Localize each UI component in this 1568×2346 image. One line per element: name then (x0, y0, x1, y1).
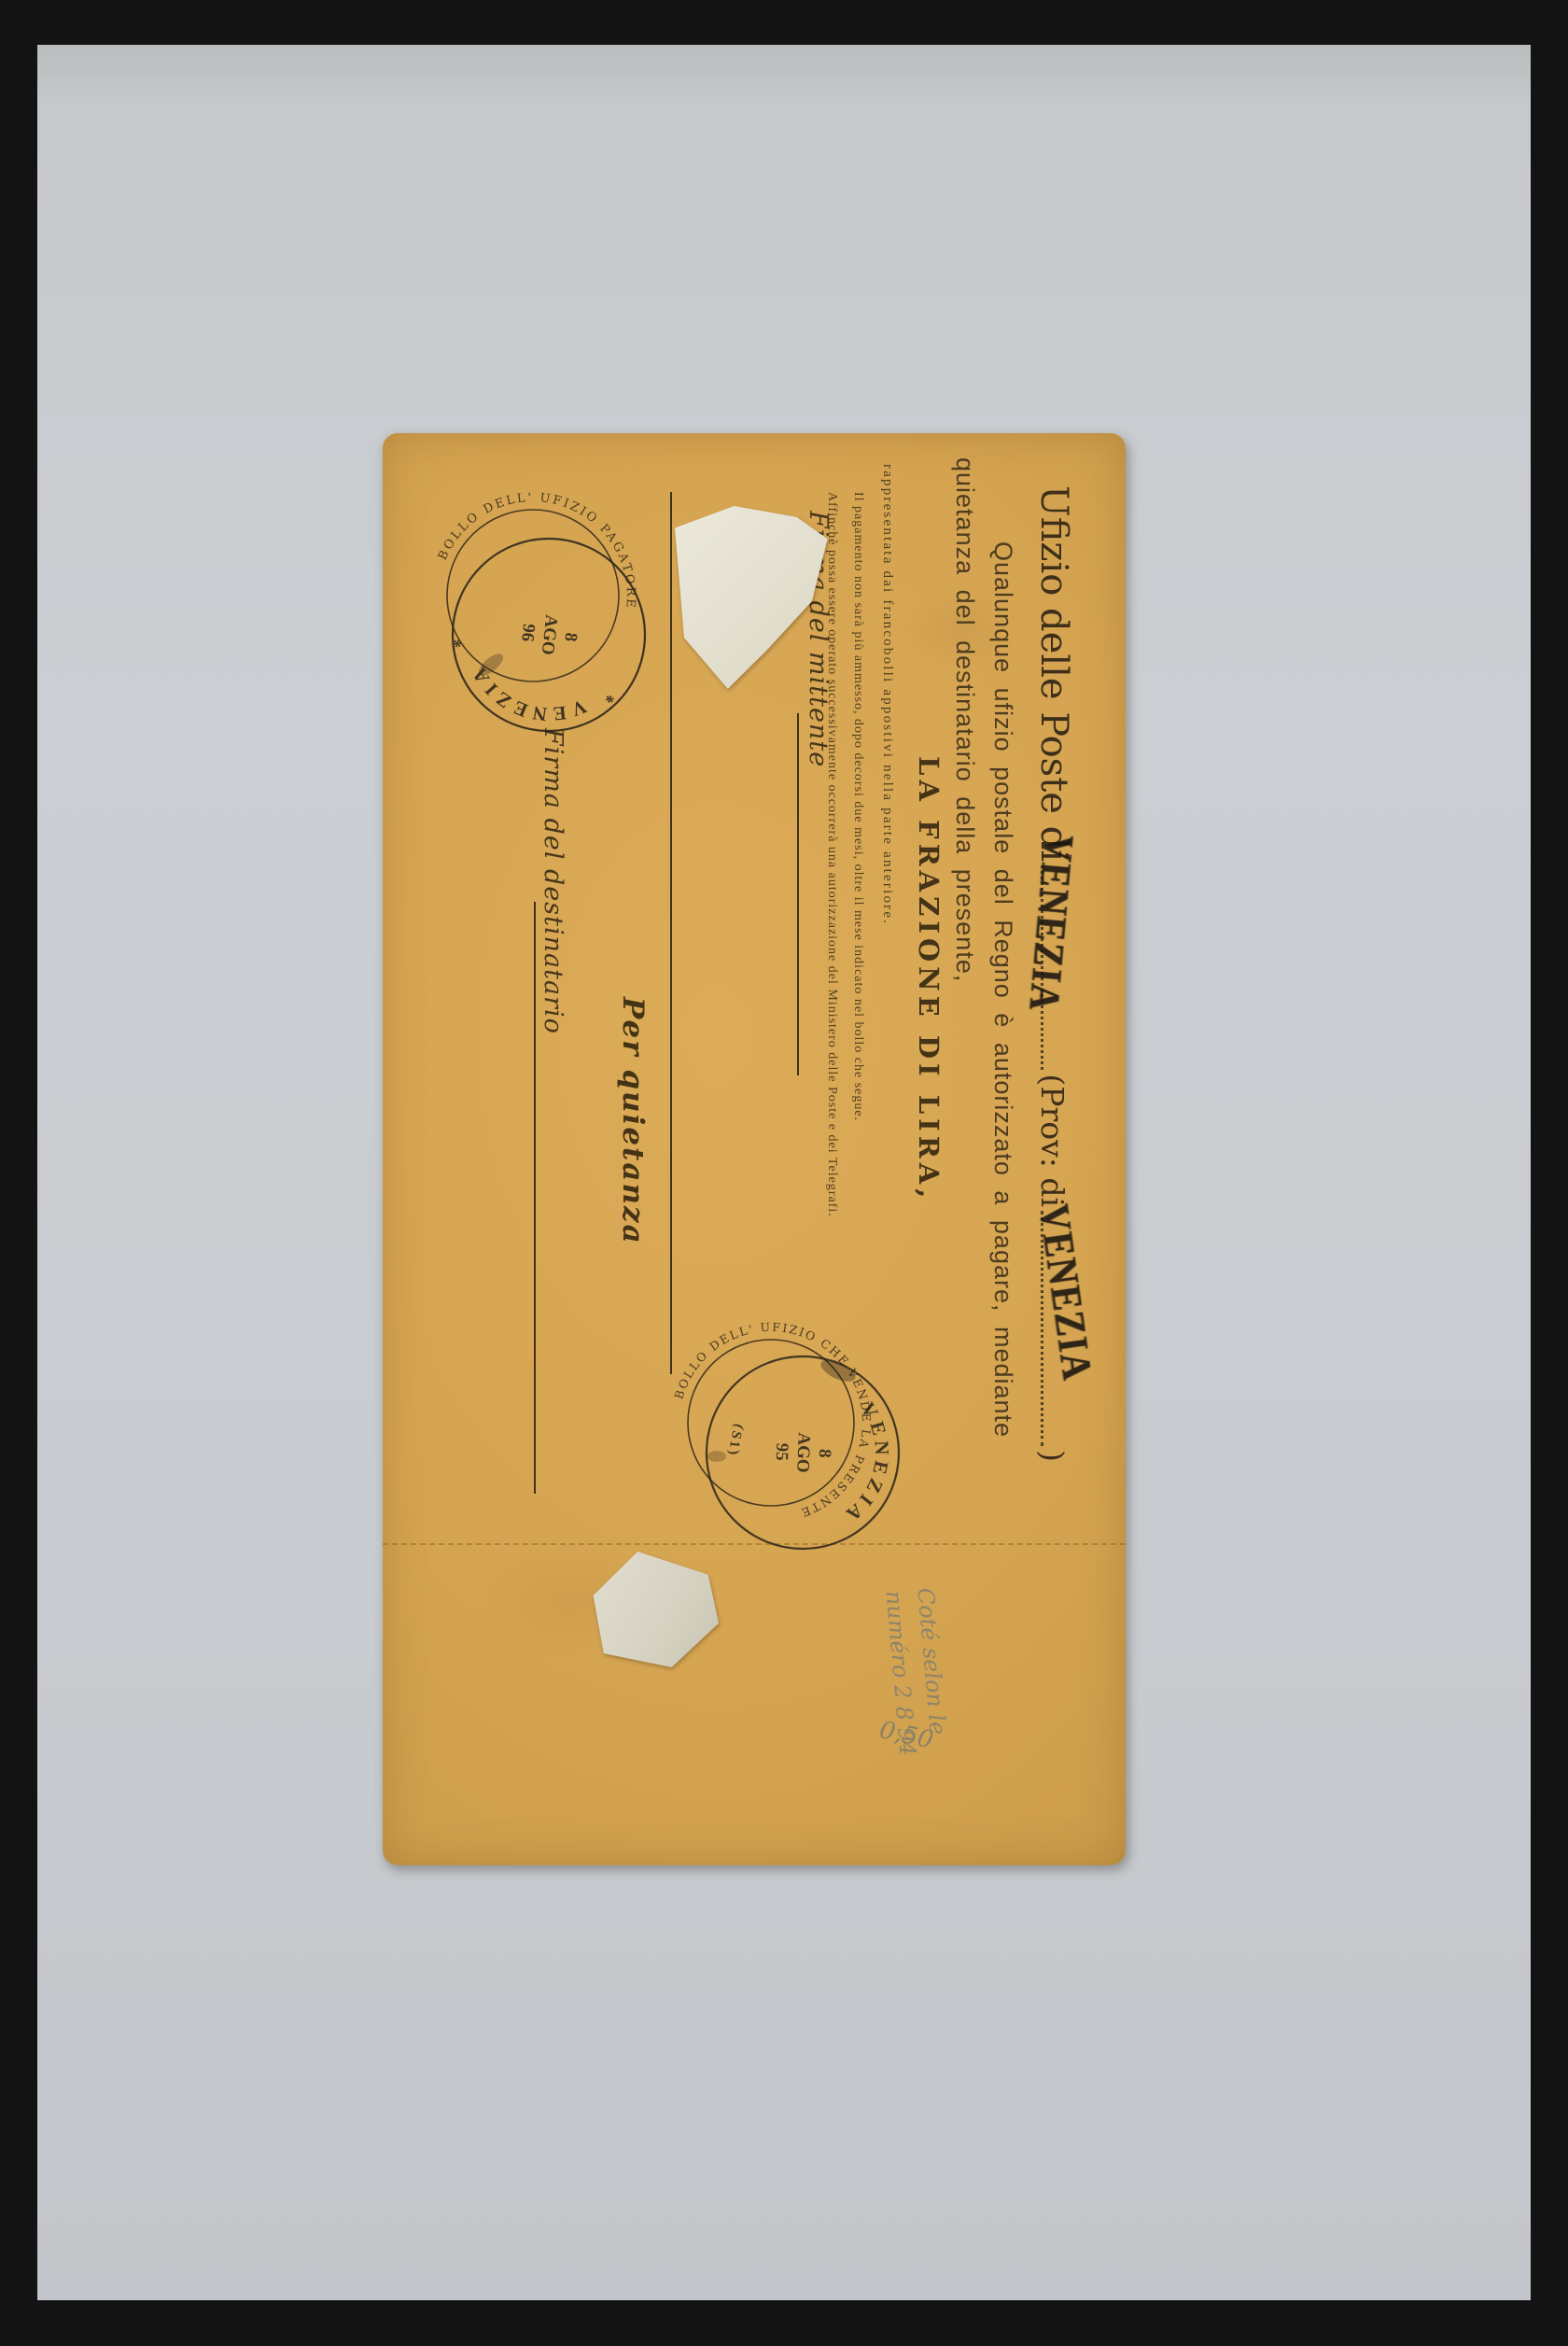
postal-form-card: Ufizio delle Poste di (Prov: di ) VENEZI… (383, 433, 1126, 1865)
ink-smudge-2 (707, 1451, 726, 1462)
cancel-suffix-arc: (S1) (724, 1422, 748, 1461)
printed-bollo-legend-text: BOLLO DELL' UFIZIO PAGATORE (436, 491, 637, 611)
cancel-date-day: 8 (815, 1449, 834, 1458)
small-print-2: Il pagamento non sarà più ammesso, dopo … (850, 492, 865, 1121)
paper-patch-top (675, 506, 831, 689)
per-quietanza-label: Per quietanza (616, 997, 650, 1245)
cancel-date-month: AGO (538, 613, 561, 655)
province-label: (Prov: di (1034, 1074, 1071, 1207)
printed-bollo-circle (447, 510, 619, 681)
amount-line: LA FRAZIONE DI LIRA, (913, 756, 945, 1202)
recipient-signature-rule (534, 902, 536, 1494)
venezia-cancel-vendita: VENEZIA (S1) 8 AGO 95 (707, 1355, 903, 1549)
cancel-date-day: 8 (560, 632, 581, 643)
body-line-2: quietanza del destinatario della present… (950, 457, 979, 982)
small-print-1: rappresentata dai francobolli appostivi … (879, 464, 895, 925)
photo-frame: Ufizio delle Poste di (Prov: di ) VENEZI… (0, 0, 1568, 2346)
cancel-city-text: VENEZIA (836, 1396, 903, 1534)
close-paren: ) (1034, 1450, 1071, 1462)
bollo-pagatore-stamp: BOLLO DELL' UFIZIO PAGATORE VENEZIA * * … (418, 487, 689, 777)
bollo-vendita-stamp: BOLLO DELL' UFIZIO CHE VENDE LA PRESENTE… (661, 1316, 941, 1596)
cancel-date-block: 8 AGO 96 (516, 611, 582, 658)
cancel-date-block: 8 AGO 95 (771, 1431, 834, 1474)
cancel-suffix-text: (S1) (724, 1422, 748, 1461)
sender-signature-rule (797, 713, 799, 1075)
paper-patch-top-surface (675, 506, 831, 689)
printed-bollo-legend: BOLLO DELL' UFIZIO CHE VENDE LA PRESENTE (671, 1320, 874, 1521)
cancel-date-year: 96 (517, 623, 539, 642)
cancel-date-year: 95 (772, 1442, 792, 1461)
printed-bollo-legend-text: BOLLO DELL' UFIZIO CHE VENDE LA PRESENTE (671, 1320, 874, 1521)
printed-bollo-legend: BOLLO DELL' UFIZIO PAGATORE (436, 491, 637, 611)
office-line-label: Ufizio delle Poste di (1032, 485, 1075, 862)
venezia-cancel-pagatore: VENEZIA * * 8 AGO 96 (435, 539, 645, 749)
cancel-date-month: AGO (792, 1432, 813, 1473)
cancel-city-arc: VENEZIA (836, 1396, 903, 1534)
body-line-1: Qualunque ufizio postale del Regno è aut… (988, 541, 1017, 1438)
